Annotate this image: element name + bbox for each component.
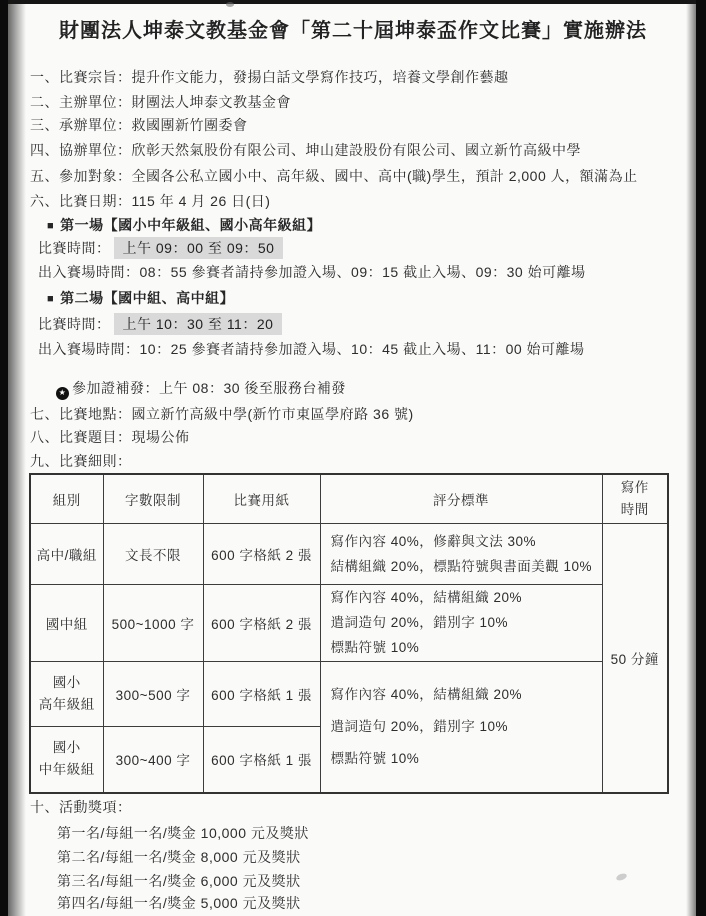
header-criteria: 評分標準	[320, 474, 602, 523]
session-1-access: 出入賽場時間：08：55 參賽者請持參加證入場、09：15 截止入場、09：30…	[38, 262, 586, 282]
table-row-senior-high: 高中/職組 文長不限 600 字格紙 2 張 寫作內容 40%，修辭與文法 30…	[30, 523, 668, 584]
cell-paper: 600 字格紙 1 張	[203, 726, 320, 793]
cell-group: 國中組	[30, 584, 103, 661]
award-second: 第二名/每組一名/獎金 8,000 元及獎狀	[57, 847, 301, 867]
cell-criteria: 寫作內容 40%，修辭與文法 30% 結構組織 20%，標點符號與書面美觀 10…	[320, 523, 602, 584]
session-2-time-highlight: 上午 10：30 至 11：20	[114, 313, 283, 335]
session-1-title: 第一場【國小中年級組、國小高年級組】	[60, 217, 321, 233]
table-row-junior-high: 國中組 500~1000 字 600 字格紙 2 張 寫作內容 40%，結構組織…	[30, 584, 668, 661]
clause-undertaker: 三、承辦單位：救國團新竹團委會	[30, 115, 248, 135]
clause-cosponsor: 四、協辦單位：欣彰天然氣股份有限公司、坤山建設股份有限公司、國立新竹高級中學	[30, 140, 581, 160]
session-1-header: ■第一場【國小中年級組、國小高年級組】	[47, 215, 321, 236]
square-bullet-icon: ■	[47, 293, 54, 305]
cell-group: 高中/職組	[30, 523, 103, 584]
scan-artifact-bottom	[615, 872, 627, 881]
badge-reissue-text: 參加證補發：上午 08：30 後至服務台補發	[72, 380, 346, 396]
award-first: 第一名/每組一名/獎金 10,000 元及獎狀	[57, 823, 309, 843]
session-2-header: ■第二場【國中組、高中組】	[47, 288, 234, 309]
cell-criteria-shared: 寫作內容 40%，結構組織 20% 遣詞造句 20%，錯別字 10% 標點符號 …	[320, 661, 602, 793]
cell-limit: 500~1000 字	[103, 584, 203, 661]
square-bullet-icon: ■	[47, 220, 54, 232]
clause-purpose: 一、比賽宗旨：提升作文能力，發揚白話文學寫作技巧，培養文學創作藝趣	[30, 67, 509, 87]
award-third: 第三名/每組一名/獎金 6,000 元及獎狀	[57, 871, 301, 891]
session-2-time-row: 比賽時間：上午 10：30 至 11：20	[38, 313, 282, 335]
competition-rules-table: 組別 字數限制 比賽用紙 評分標準 寫作 時間 高中/職組 文長不限 600 字…	[29, 473, 669, 794]
clause-organizer: 二、主辦單位：財團法人坤泰文教基金會	[30, 92, 291, 112]
table-row-elementary-upper: 國小 高年級組 300~500 字 600 字格紙 1 張 寫作內容 40%，結…	[30, 661, 668, 726]
session-1-time-row: 比賽時間：上午 09：00 至 09：50	[38, 237, 283, 259]
page-title: 財團法人坤泰文教基金會「第二十屆坤泰盃作文比賽」實施辦法	[0, 14, 706, 43]
scanned-document-page: 財團法人坤泰文教基金會「第二十屆坤泰盃作文比賽」實施辦法 一、比賽宗旨：提升作文…	[0, 0, 706, 916]
cell-group: 國小 高年級組	[30, 661, 103, 726]
cell-limit: 文長不限	[103, 523, 203, 584]
clause-date: 六、比賽日期：115 年 4 月 26 日(日)	[30, 191, 270, 211]
header-group: 組別	[30, 474, 103, 523]
scan-edge-right	[696, 0, 706, 916]
header-limit: 字數限制	[103, 474, 203, 523]
scan-edge-left-fade	[8, 0, 26, 916]
table-header-row: 組別 字數限制 比賽用紙 評分標準 寫作 時間	[30, 474, 668, 523]
cell-criteria: 寫作內容 40%，結構組織 20% 遣詞造句 20%，錯別字 10% 標點符號 …	[320, 584, 602, 661]
cell-paper: 600 字格紙 1 張	[203, 661, 320, 726]
scan-edge-top	[0, 0, 706, 4]
clause-rules: 九、比賽細則：	[30, 451, 132, 471]
header-writing-time: 寫作 時間	[602, 474, 668, 523]
circled-star-icon: ★	[56, 387, 69, 400]
header-paper: 比賽用紙	[203, 474, 320, 523]
cell-writing-time: 50 分鐘	[602, 523, 668, 793]
cell-limit: 300~500 字	[103, 661, 203, 726]
session-2-access: 出入賽場時間：10：25 參賽者請持參加證入場、10：45 截止入場、11：00…	[38, 339, 585, 359]
scan-edge-right-fade	[686, 0, 696, 916]
award-fourth: 第四名/每組一名/獎金 5,000 元及獎狀	[57, 893, 301, 913]
clause-awards: 十、活動獎項：	[30, 797, 132, 817]
badge-reissue-note: ★參加證補發：上午 08：30 後至服務台補發	[56, 378, 346, 400]
session-1-time-highlight: 上午 09：00 至 09：50	[114, 237, 284, 259]
clause-eligibility: 五、參加對象：全國各公私立國小中、高年級、國中、高中(職)學生，預計 2,000…	[30, 166, 638, 186]
session-2-title: 第二場【國中組、高中組】	[60, 290, 234, 306]
cell-paper: 600 字格紙 2 張	[203, 523, 320, 584]
clause-location: 七、比賽地點：國立新竹高級中學(新竹市東區學府路 36 號)	[30, 404, 414, 424]
cell-limit: 300~400 字	[103, 726, 203, 793]
session-2-time-label: 比賽時間：	[38, 316, 111, 332]
session-1-time-label: 比賽時間：	[38, 240, 111, 256]
scan-artifact-top	[226, 2, 234, 7]
scan-edge-left	[0, 0, 8, 916]
cell-group: 國小 中年級組	[30, 726, 103, 793]
cell-paper: 600 字格紙 2 張	[203, 584, 320, 661]
clause-topic: 八、比賽題目：現場公佈	[30, 427, 190, 447]
